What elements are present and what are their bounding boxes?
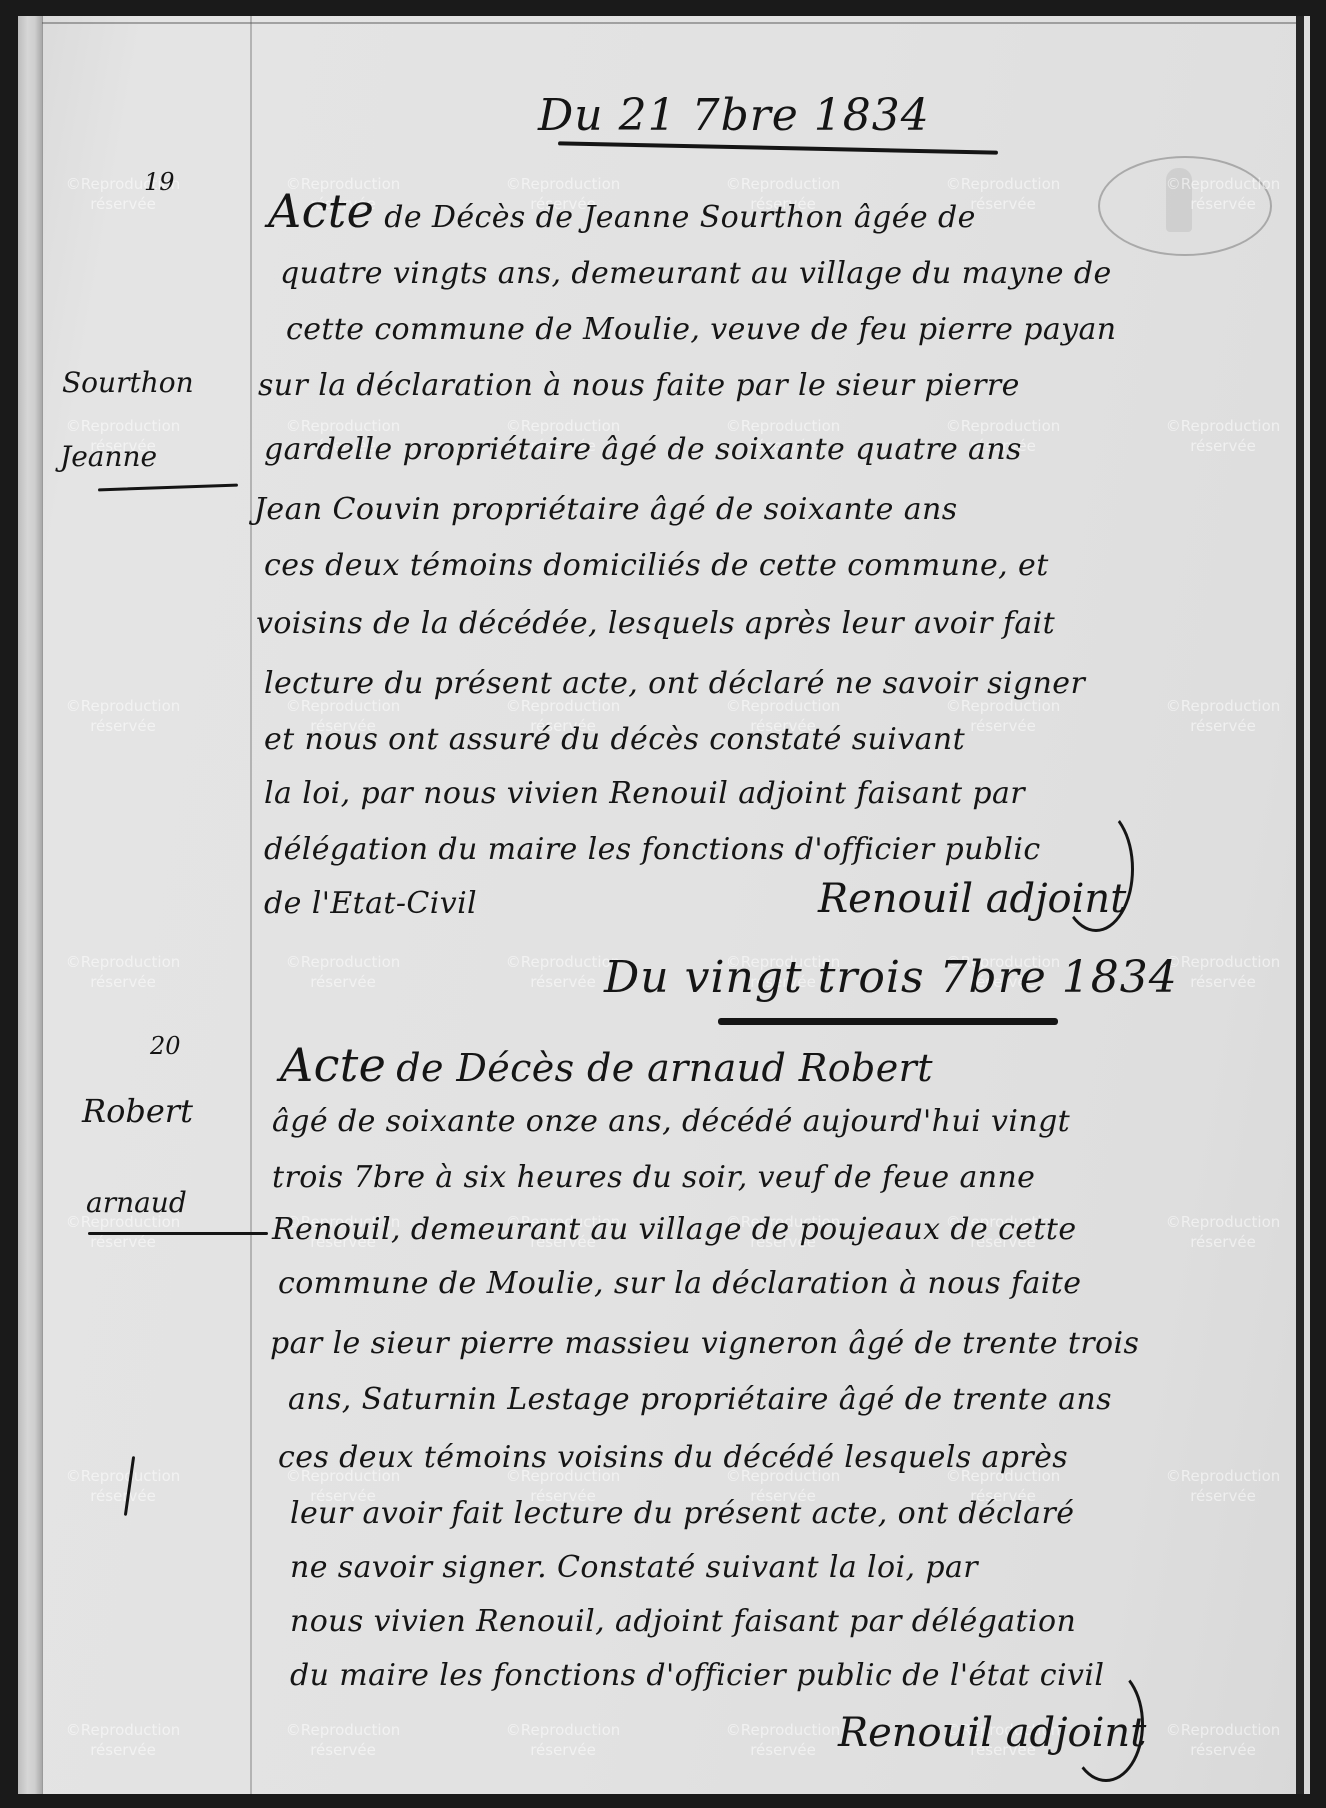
watermark: ©Reproductionréservée bbox=[48, 1720, 198, 1760]
body-line-6: par le sieur pierre massieu vigneron âgé… bbox=[270, 1326, 1139, 1361]
margin-name-underline bbox=[98, 484, 238, 492]
body-line-10: ne savoir signer. Constaté suivant la lo… bbox=[290, 1550, 978, 1585]
body-line-11: la loi, par nous vivien Renouil adjoint … bbox=[264, 776, 1025, 811]
body-line-9: leur avoir fait lecture du présent acte,… bbox=[290, 1496, 1074, 1531]
register-page: ©Reproductionréservée ©Reproductionréser… bbox=[18, 16, 1310, 1794]
body-line-8: ces deux témoins voisins du décédé lesqu… bbox=[278, 1440, 1068, 1475]
margin-given-name: arnaud bbox=[86, 1186, 187, 1219]
watermark: ©Reproductionréservée bbox=[708, 1720, 858, 1760]
body-line-5: commune de Moulie, sur la déclaration à … bbox=[278, 1266, 1081, 1301]
margin-surname: Sourthon bbox=[62, 366, 194, 399]
body-line-13: de l'Etat-Civil bbox=[264, 886, 477, 921]
watermark: ©Reproductionréservée bbox=[1148, 696, 1298, 736]
body-line-8: voisins de la décédée, lesquels après le… bbox=[256, 606, 1055, 641]
body-line-9: lecture du présent acte, ont déclaré ne … bbox=[264, 666, 1085, 701]
page-right-edge bbox=[1296, 16, 1304, 1794]
entry-number: 20 bbox=[150, 1032, 181, 1060]
margin-rule-line bbox=[250, 16, 252, 1794]
heading-underline bbox=[558, 141, 998, 154]
body-line-6: Jean Couvin propriétaire âgé de soixante… bbox=[254, 492, 958, 527]
scan-background: ©Reproductionréservée ©Reproductionréser… bbox=[0, 0, 1326, 1808]
entry-number: 19 bbox=[144, 168, 175, 196]
body-line-1: Acte de Décès de arnaud Robert bbox=[280, 1038, 933, 1092]
watermark: ©Reproductionréservée bbox=[48, 696, 198, 736]
entry-date-heading: Du 21 7bre 1834 bbox=[538, 90, 930, 141]
heading-underline bbox=[718, 1018, 1058, 1025]
body-line-11: nous vivien Renouil, adjoint faisant par… bbox=[290, 1604, 1076, 1639]
body-line-5: gardelle propriétaire âgé de soixante qu… bbox=[264, 432, 1022, 467]
watermark: ©Reproductionréservée bbox=[1148, 1212, 1298, 1252]
watermark: ©Reproductionréservée bbox=[1148, 416, 1298, 456]
body-line-7: ces deux témoins domiciliés de cette com… bbox=[264, 548, 1049, 583]
watermark: ©Reproductionréservée bbox=[1148, 1720, 1298, 1760]
top-rule-line bbox=[42, 22, 1296, 24]
body-line-10: et nous ont assuré du décès constaté sui… bbox=[264, 722, 965, 757]
margin-stroke bbox=[124, 1456, 135, 1516]
margin-name-underline bbox=[88, 1232, 268, 1235]
entry-date-heading: Du vingt trois 7bre 1834 bbox=[604, 952, 1178, 1003]
body-line-4: sur la déclaration à nous faite par le s… bbox=[258, 368, 1020, 403]
watermark: ©Reproductionréservée bbox=[48, 174, 198, 214]
signature-flourish-icon bbox=[1068, 1666, 1144, 1782]
body-line-3: trois 7bre à six heures du soir, veuf de… bbox=[272, 1160, 1035, 1195]
margin-given-name: Jeanne bbox=[60, 440, 157, 473]
watermark: ©Reproductionréservée bbox=[268, 1720, 418, 1760]
watermark: ©Reproductionréservée bbox=[48, 952, 198, 992]
stamp-figure-icon bbox=[1166, 168, 1192, 232]
body-line-2: âgé de soixante onze ans, décédé aujourd… bbox=[272, 1104, 1070, 1139]
watermark: ©Reproductionréservée bbox=[48, 1466, 198, 1506]
body-line-7: ans, Saturnin Lestage propriétaire âgé d… bbox=[288, 1382, 1112, 1417]
signature-flourish-icon bbox=[1058, 806, 1134, 932]
body-line-1: Acte de Décès de Jeanne Sourthon âgée de bbox=[268, 184, 976, 238]
body-line-2: quatre vingts ans, demeurant au village … bbox=[280, 256, 1112, 291]
body-line-12: délégation du maire les fonctions d'offi… bbox=[264, 832, 1041, 867]
watermark: ©Reproductionréservée bbox=[488, 1720, 638, 1760]
body-line-12: du maire les fonctions d'officier public… bbox=[290, 1658, 1104, 1693]
watermark: ©Reproductionréservée bbox=[1148, 1466, 1298, 1506]
page-binding-margin bbox=[18, 16, 43, 1794]
margin-surname: Robert bbox=[82, 1092, 193, 1130]
body-line-3: cette commune de Moulie, veuve de feu pi… bbox=[286, 312, 1117, 347]
body-line-4: Renouil, demeurant au village de poujeau… bbox=[272, 1212, 1077, 1247]
watermark: ©Reproductionréservée bbox=[268, 952, 418, 992]
